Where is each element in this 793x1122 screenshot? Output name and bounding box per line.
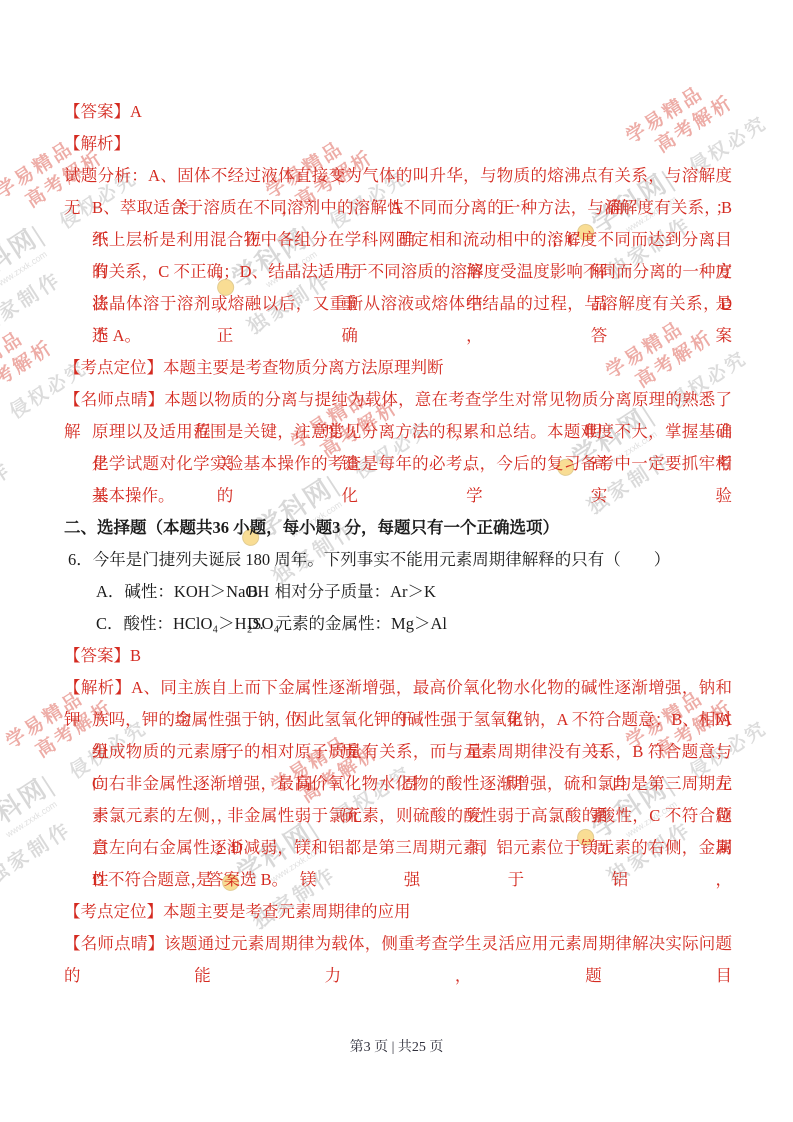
option-a: A．碱性：KOH＞NaOH xyxy=(96,576,243,608)
question-6-stem: 6．今年是门捷列夫诞辰 180 周年。下列事实不能用元素周期律解释的只有（ ） xyxy=(64,544,732,576)
analysis-line: 有关系，C 不正确；D、结晶法适用于不同溶质的溶解度受温度影响不同而分离的一种方… xyxy=(64,256,732,288)
answer-label-q6: 【答案】B xyxy=(64,640,732,672)
analysis-line: 纸上层析是利用混合物中各组分在学科网固定相和流动相中的溶解度不同而达到分离目的，… xyxy=(64,224,732,256)
watermark-exclusive-text: 独家制作 xyxy=(0,263,67,340)
teacher-note-line: 【名师点晴】该题通过元素周期律为载体，侧重考查学生灵活应用元素周期律解决实际问题… xyxy=(64,928,732,960)
analysis-line: 族吗，钾的金属性强于钠，因此氢氧化钾的碱性强于氢氧化钠，A 不符合题意；B、相对… xyxy=(64,704,732,736)
page-number-footer: 第3 页 | 共25 页 xyxy=(0,1036,793,1056)
watermark-premium-text: 学易精品 xyxy=(0,323,28,394)
analysis-line: 试题分析：A、固体不经过液体直接变为气体的叫升华，与物质的熔沸点有关系，与溶解度… xyxy=(64,160,732,192)
analysis-line: 组成物质的元素原子的相对原子质量有关系，而与元素周期律没有关系，B 符合题意；C… xyxy=(64,736,732,768)
watermark-url-text: www.zxxk.com xyxy=(0,249,49,290)
teacher-note-line: 原理以及适用范围是关键，注意常见分离方法的积累和总结。本题难度不大，掌握基础是关… xyxy=(64,416,732,448)
exam-point-q6: 【考点定位】本题主要是考查元素周期律的应用 xyxy=(64,896,732,928)
analysis-line: 将晶体溶于溶剂或熔融以后，又重新从溶液或熔体中结晶的过程，与溶解度有关系，D 不… xyxy=(64,288,732,320)
question-6-options-cd: C．酸性：HClO₄＞H₂SO₄ D．元素的金属性：Mg＞Al xyxy=(64,608,732,640)
option-b: B．相对分子质量：Ar＞K xyxy=(247,582,436,601)
watermark-exam-text: 高考解析 xyxy=(0,332,58,403)
analysis-line: 向右非金属性逐渐增强，最高价氧化物水化物的酸性逐渐增强，硫和氯均是第三周期元素，… xyxy=(64,768,732,800)
watermark-brand-text: 学科网| xyxy=(0,765,60,846)
watermark-exclusive-text: 独家制作 xyxy=(0,453,17,530)
watermark-brand-text: 学科网| xyxy=(0,215,50,296)
document-page: 【答案】A 【解析】 试题分析：A、固体不经过液体直接变为气体的叫升华，与物质的… xyxy=(64,96,732,960)
analysis-line: 自左向右金属性逐渐减弱，镁和铝都是第三周期元素，铝元素位于镁元素的右侧，金属性是… xyxy=(64,832,732,864)
option-c: C．酸性：HClO₄＞H₂SO₄ xyxy=(96,608,243,640)
question-6-options-ab: A．碱性：KOH＞NaOH B．相对分子质量：Ar＞K xyxy=(64,576,732,608)
exam-point-q5: 【考点定位】本题主要是考查物质分离方法原理判断 xyxy=(64,352,732,384)
option-d: D．元素的金属性：Mg＞Al xyxy=(247,614,447,633)
analysis-label-q5: 【解析】 xyxy=(64,128,732,160)
analysis-line: B、萃取适合于溶质在不同溶剂中的溶解性不同而分离的一种方法，与溶解度有关系，B … xyxy=(64,192,732,224)
analysis-line: 【解析】A、同主族自上而下金属性逐渐增强，最高价氧化物水化物的碱性逐渐增强，钠和… xyxy=(64,672,732,704)
teacher-note-line: 化学试题对化学实验基本操作的考查是每年的必考点，今后的复习备考中一定要抓牢相关的… xyxy=(64,448,732,480)
section-heading: 二、选择题（本题共36 小题，每小题3 分，每题只有一个正确选项） xyxy=(64,512,732,544)
answer-label-q5: 【答案】A xyxy=(64,96,732,128)
teacher-note-line: 【名师点晴】本题以物质的分离与提纯为载体，意在考查学生对常见物质分离原理的熟悉了… xyxy=(64,384,732,416)
analysis-line: 于氯元素的左侧，非金属性弱于氯元素，则硫酸的酸性弱于高氯酸的酸性，C 不符合题意… xyxy=(64,800,732,832)
watermark-url-text: www.zxxk.com xyxy=(4,799,59,840)
